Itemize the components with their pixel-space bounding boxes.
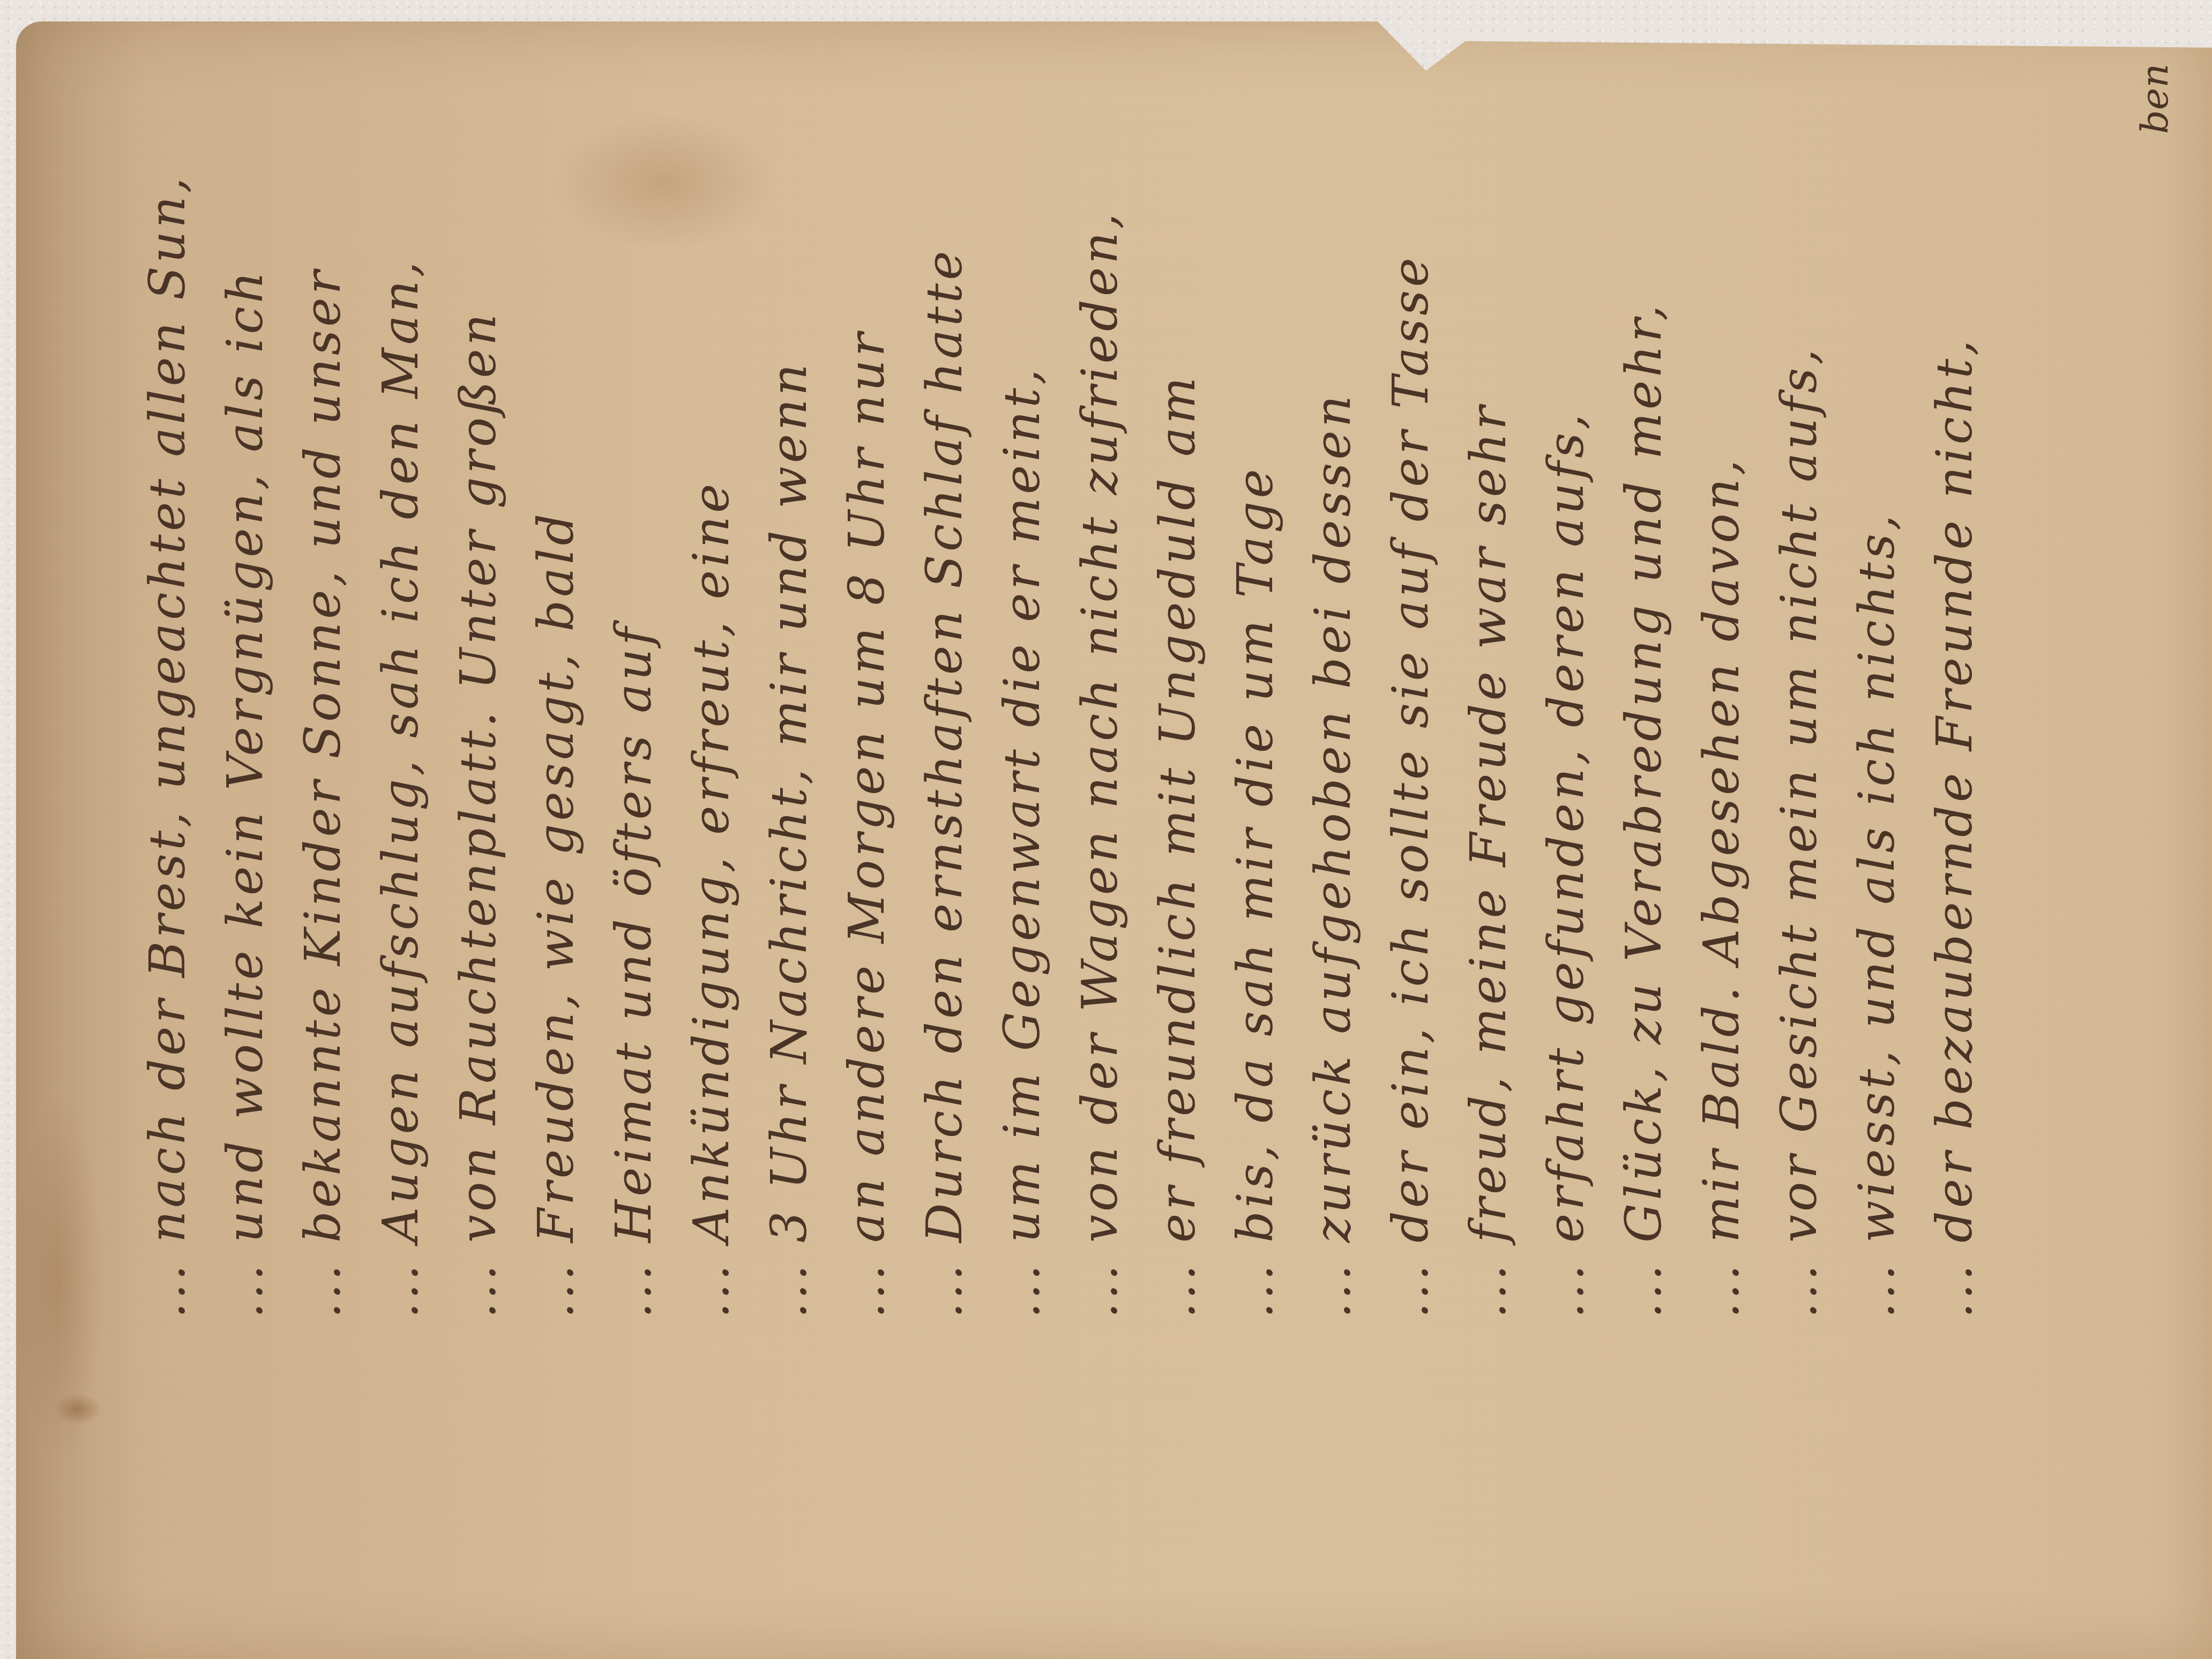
catchword: ben (2133, 64, 2177, 134)
text-line: ... von der Wagen nach nicht zufrieden, (1061, 59, 1139, 1318)
text-line: ... mir Bald. Abgesehen davon, (1683, 59, 1760, 1318)
text-line: ... zurück aufgehoben bei dessen (1294, 59, 1372, 1318)
text-line: ... Ankündigung, erfreut, eine (672, 59, 750, 1318)
text-line: ... wiesst, und als ich nichts, (1838, 59, 1916, 1318)
text-line: ... Augen aufschlug, sah ich den Man, (362, 59, 439, 1318)
handwritten-text-block: ... nach der Brest, ungeachtet allen Sun… (129, 59, 2165, 1318)
text-line: ... er freundlich mit Ungeduld am (1139, 59, 1216, 1318)
text-line: ... Freuden, wie gesagt, bald (517, 59, 595, 1318)
edge-stain (16, 1093, 102, 1468)
text-line: ... der bezaubernde Freunde nicht, (1916, 59, 1993, 1318)
text-line: ... erfahrt gefunden, deren aufs, (1527, 59, 1605, 1318)
text-line: ... vor Gesicht mein um nicht aufs, (1760, 59, 1838, 1318)
manuscript-page: ... nach der Brest, ungeachtet allen Sun… (16, 21, 2212, 1659)
text-line: ... und wollte kein Vergnügen, als ich (206, 59, 284, 1318)
text-line: ... freud, meine Freude war sehr (1449, 59, 1527, 1318)
text-line: ... bis, da sah mir die um Tage (1216, 59, 1294, 1318)
text-line: ... von Rauchtenplatt. Unter großen (439, 59, 517, 1318)
text-line: ... der ein, ich sollte sie auf der Tass… (1372, 59, 1449, 1318)
text-line: ... Heimat und öfters auf (595, 59, 672, 1318)
text-line: ... um im Gegenwart die er meint, (983, 59, 1061, 1318)
text-line: ... 3 Uhr Nachricht, mir und wenn (750, 59, 828, 1318)
text-line: ... nach der Brest, ungeachtet allen Sun… (129, 59, 206, 1318)
text-line: ... an andere Morgen um 8 Uhr nur (828, 59, 906, 1318)
text-line: ... Durch den ernsthaften Schlaf hatte (906, 59, 983, 1318)
text-line: ... Glück, zu Verabredung und mehr, (1605, 59, 1683, 1318)
text-line: ... bekannte Kinder Sonne, und unser (284, 59, 362, 1318)
